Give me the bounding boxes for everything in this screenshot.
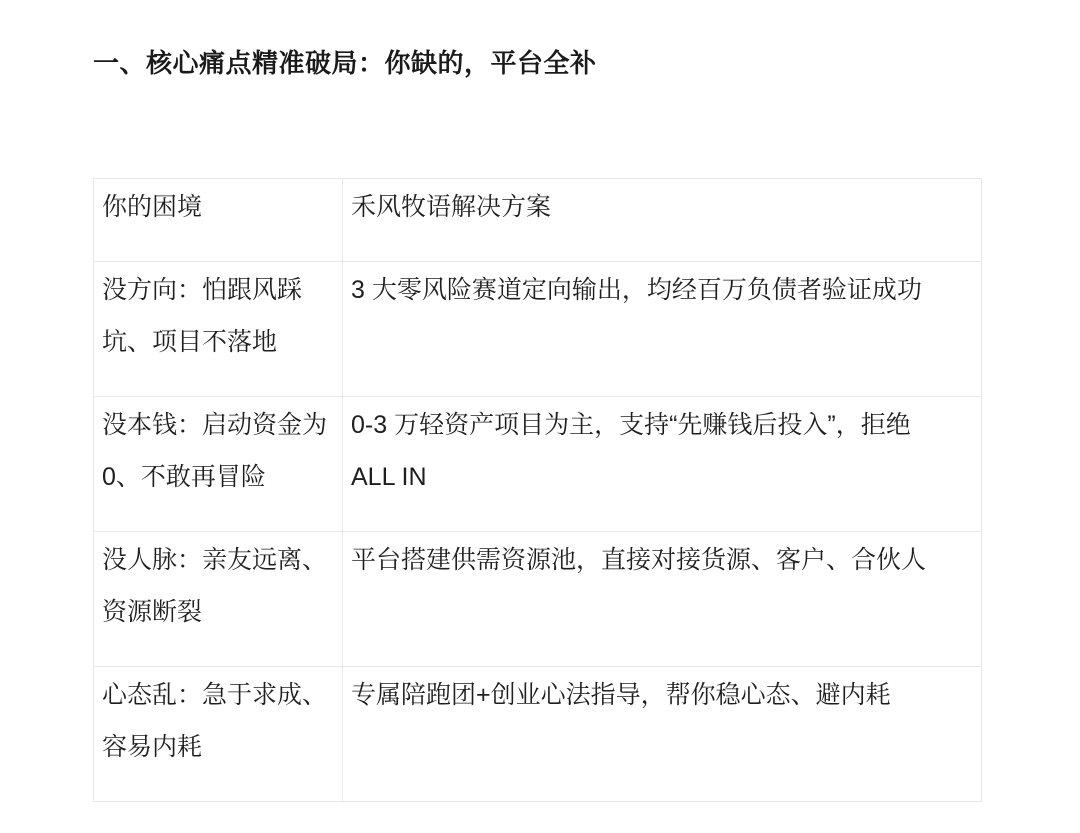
column-header-problem-label: 你的困境	[102, 181, 334, 233]
column-header-solution-label: 禾风牧语解决方案	[351, 181, 973, 233]
problem-cell: 没本钱：启动资金为 0、不敢再冒险	[94, 397, 343, 532]
article-body: 一、核心痛点精准破局：你缺的，平台全补 你的困境 禾风牧语解决方案 没方向：怕跟…	[93, 0, 981, 81]
table-row: 没人脉：亲友远离、 资源断裂 平台搭建供需资源池，直接对接货源、客户、合伙人	[94, 532, 982, 667]
solution-cell: 平台搭建供需资源池，直接对接货源、客户、合伙人	[343, 532, 982, 667]
solution-text: 0-3 万轻资产项目为主，支持“先赚钱后投入”，拒绝 ALL IN	[351, 399, 973, 503]
solution-cell: 3 大零风险赛道定向输出，均经百万负债者验证成功	[343, 262, 982, 397]
column-header-solution: 禾风牧语解决方案	[343, 179, 982, 262]
table-header-row: 你的困境 禾风牧语解决方案	[94, 179, 982, 262]
problem-text: 心态乱：急于求成、 容易内耗	[102, 669, 334, 773]
problem-text: 没方向：怕跟风踩 坑、项目不落地	[102, 264, 334, 368]
problem-text: 没人脉：亲友远离、 资源断裂	[102, 534, 334, 638]
table-row: 心态乱：急于求成、 容易内耗 专属陪跑团+创业心法指导，帮你稳心态、避内耗	[94, 667, 982, 802]
problem-cell: 没人脉：亲友远离、 资源断裂	[94, 532, 343, 667]
pain-point-table: 你的困境 禾风牧语解决方案 没方向：怕跟风踩 坑、项目不落地 3 大零风险赛道定…	[93, 178, 982, 802]
solution-text: 平台搭建供需资源池，直接对接货源、客户、合伙人	[351, 534, 973, 586]
section-heading: 一、核心痛点精准破局：你缺的，平台全补	[93, 0, 981, 81]
column-header-problem: 你的困境	[94, 179, 343, 262]
solution-cell: 0-3 万轻资产项目为主，支持“先赚钱后投入”，拒绝 ALL IN	[343, 397, 982, 532]
problem-text: 没本钱：启动资金为 0、不敢再冒险	[102, 399, 334, 503]
problem-cell: 没方向：怕跟风踩 坑、项目不落地	[94, 262, 343, 397]
solution-cell: 专属陪跑团+创业心法指导，帮你稳心态、避内耗	[343, 667, 982, 802]
table-row: 没方向：怕跟风踩 坑、项目不落地 3 大零风险赛道定向输出，均经百万负债者验证成…	[94, 262, 982, 397]
table-row: 没本钱：启动资金为 0、不敢再冒险 0-3 万轻资产项目为主，支持“先赚钱后投入…	[94, 397, 982, 532]
problem-cell: 心态乱：急于求成、 容易内耗	[94, 667, 343, 802]
solution-text: 专属陪跑团+创业心法指导，帮你稳心态、避内耗	[351, 669, 973, 721]
solution-text: 3 大零风险赛道定向输出，均经百万负债者验证成功	[351, 264, 973, 316]
